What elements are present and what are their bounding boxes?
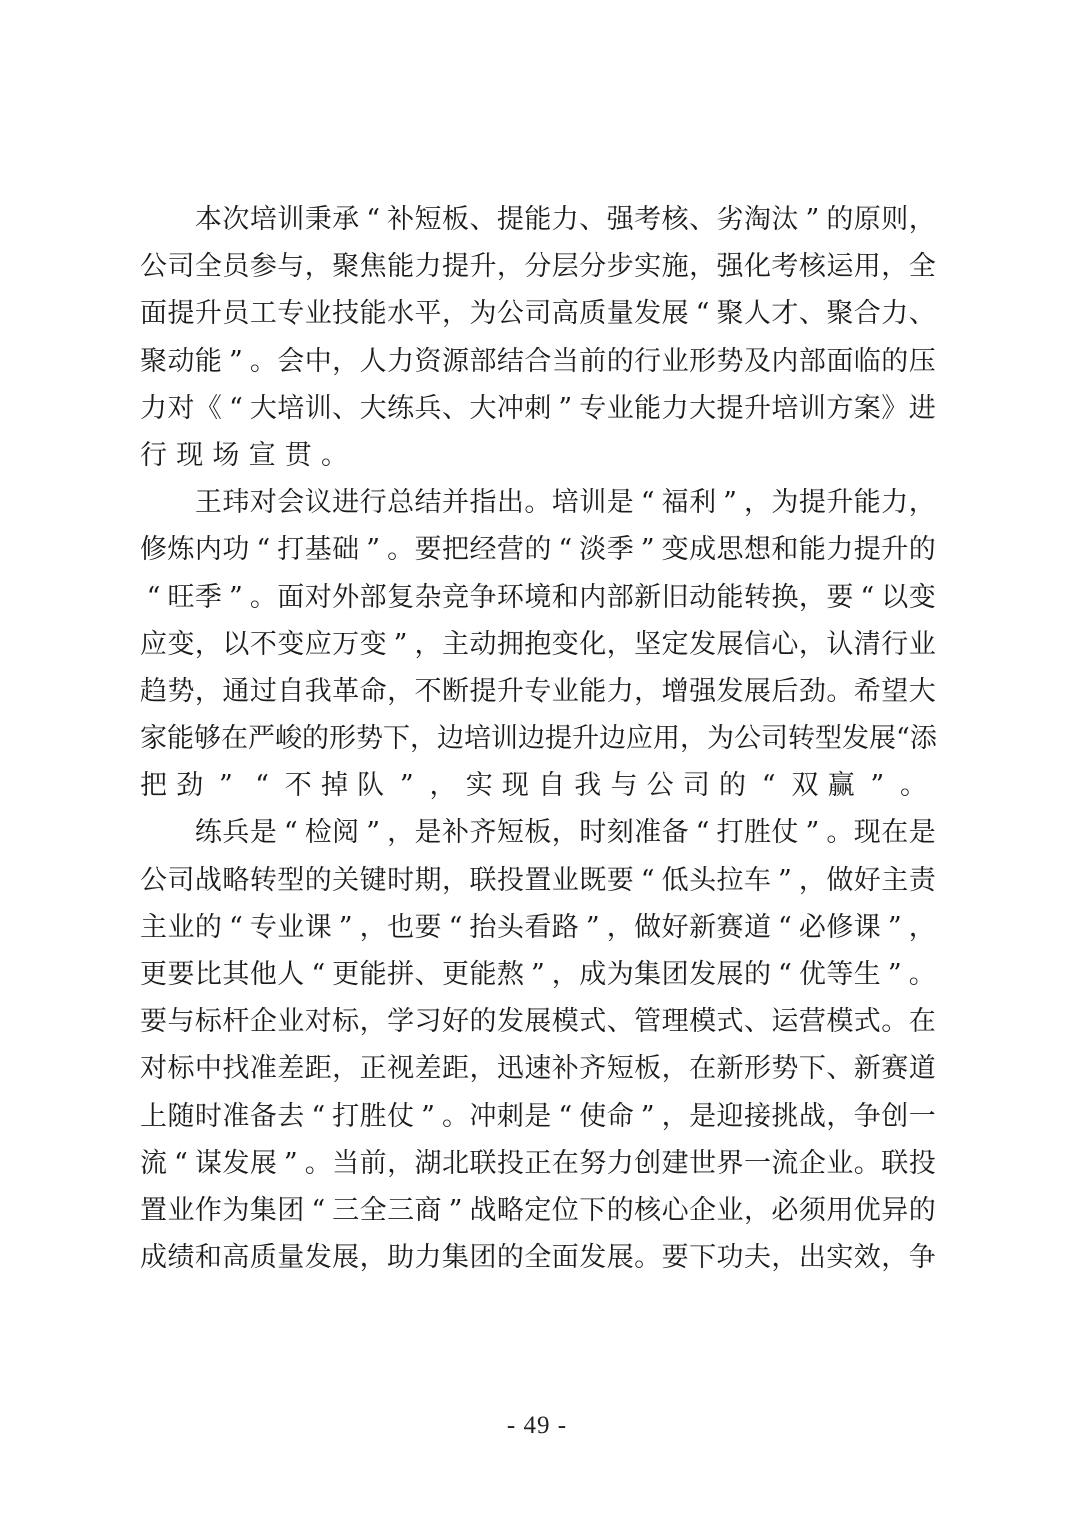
text-line: 主业的“专业课”，也要“抬头看路”，做好新赛道“必修课”，: [140, 904, 936, 951]
text-line: 更要比其他人“更能拼、更能熬”，成为集团发展的“优等生”。: [140, 951, 936, 998]
paragraph: 练兵是“检阅”，是补齐短板，时刻准备“打胜仗”。现在是公司战略转型的关键时期，联…: [140, 809, 936, 1281]
text-line: 面提升员工专业技能水平，为公司高质量发展“聚人才、聚合力、: [140, 290, 936, 337]
text-line: 流“谋发展”。当前，湖北联投正在努力创建世界一流企业。联投: [140, 1140, 936, 1187]
text-line: 上随时准备去“打胜仗”。冲刺是“使命”，是迎接挑战，争创一: [140, 1093, 936, 1140]
text-line: 力对《“大培训、大练兵、大冲刺”专业能力大提升培训方案》进: [140, 385, 936, 432]
text-line: 公司全员参与，聚焦能力提升，分层分步实施，强化考核运用，全: [140, 243, 936, 290]
page-number: - 49 -: [0, 1412, 1074, 1440]
text-line: 行现场宣贯。: [140, 432, 936, 479]
text-line: 成绩和高质量发展，助力集团的全面发展。要下功夫，出实效，争: [140, 1234, 936, 1281]
text-line: 公司战略转型的关键时期，联投置业既要“低头拉车”，做好主责: [140, 857, 936, 904]
text-line: 家能够在严峻的形势下，边培训边提升边应用，为公司转型发展“添: [140, 715, 936, 762]
text-line: 聚动能”。会中，人力资源部结合当前的行业形势及内部面临的压: [140, 338, 936, 385]
text-line: 王玮对会议进行总结并指出。培训是“福利”，为提升能力，: [140, 479, 936, 526]
paragraph: 王玮对会议进行总结并指出。培训是“福利”，为提升能力，修炼内功“打基础”。要把经…: [140, 479, 936, 809]
text-line: 置业作为集团“三全三商”战略定位下的核心企业，必须用优异的: [140, 1187, 936, 1234]
text-line: 趋势，通过自我革命，不断提升专业能力，增强发展后劲。希望大: [140, 668, 936, 715]
text-line: 要与标杆企业对标，学习好的发展模式、管理模式、运营模式。在: [140, 998, 936, 1045]
text-line: 本次培训秉承“补短板、提能力、强考核、劣淘汰”的原则，: [140, 196, 936, 243]
text-line: 应变，以不变应万变”，主动拥抱变化，坚定发展信心，认清行业: [140, 621, 936, 668]
text-line: 修炼内功“打基础”。要把经营的“淡季”变成思想和能力提升的: [140, 526, 936, 573]
document-page: 本次培训秉承“补短板、提能力、强考核、劣淘汰”的原则，公司全员参与，聚焦能力提升…: [0, 0, 1074, 1520]
text-line: 对标中找准差距，正视差距，迅速补齐短板，在新形势下、新赛道: [140, 1045, 936, 1092]
text-line: 把劲”“不掉队”，实现自我与公司的“双赢”。: [140, 762, 936, 809]
paragraph: 本次培训秉承“补短板、提能力、强考核、劣淘汰”的原则，公司全员参与，聚焦能力提升…: [140, 196, 936, 479]
text-line: 练兵是“检阅”，是补齐短板，时刻准备“打胜仗”。现在是: [140, 809, 936, 856]
text-line: “旺季”。面对外部复杂竞争环境和内部新旧动能转换，要“以变: [140, 574, 936, 621]
body-text: 本次培训秉承“补短板、提能力、强考核、劣淘汰”的原则，公司全员参与，聚焦能力提升…: [140, 196, 936, 1281]
